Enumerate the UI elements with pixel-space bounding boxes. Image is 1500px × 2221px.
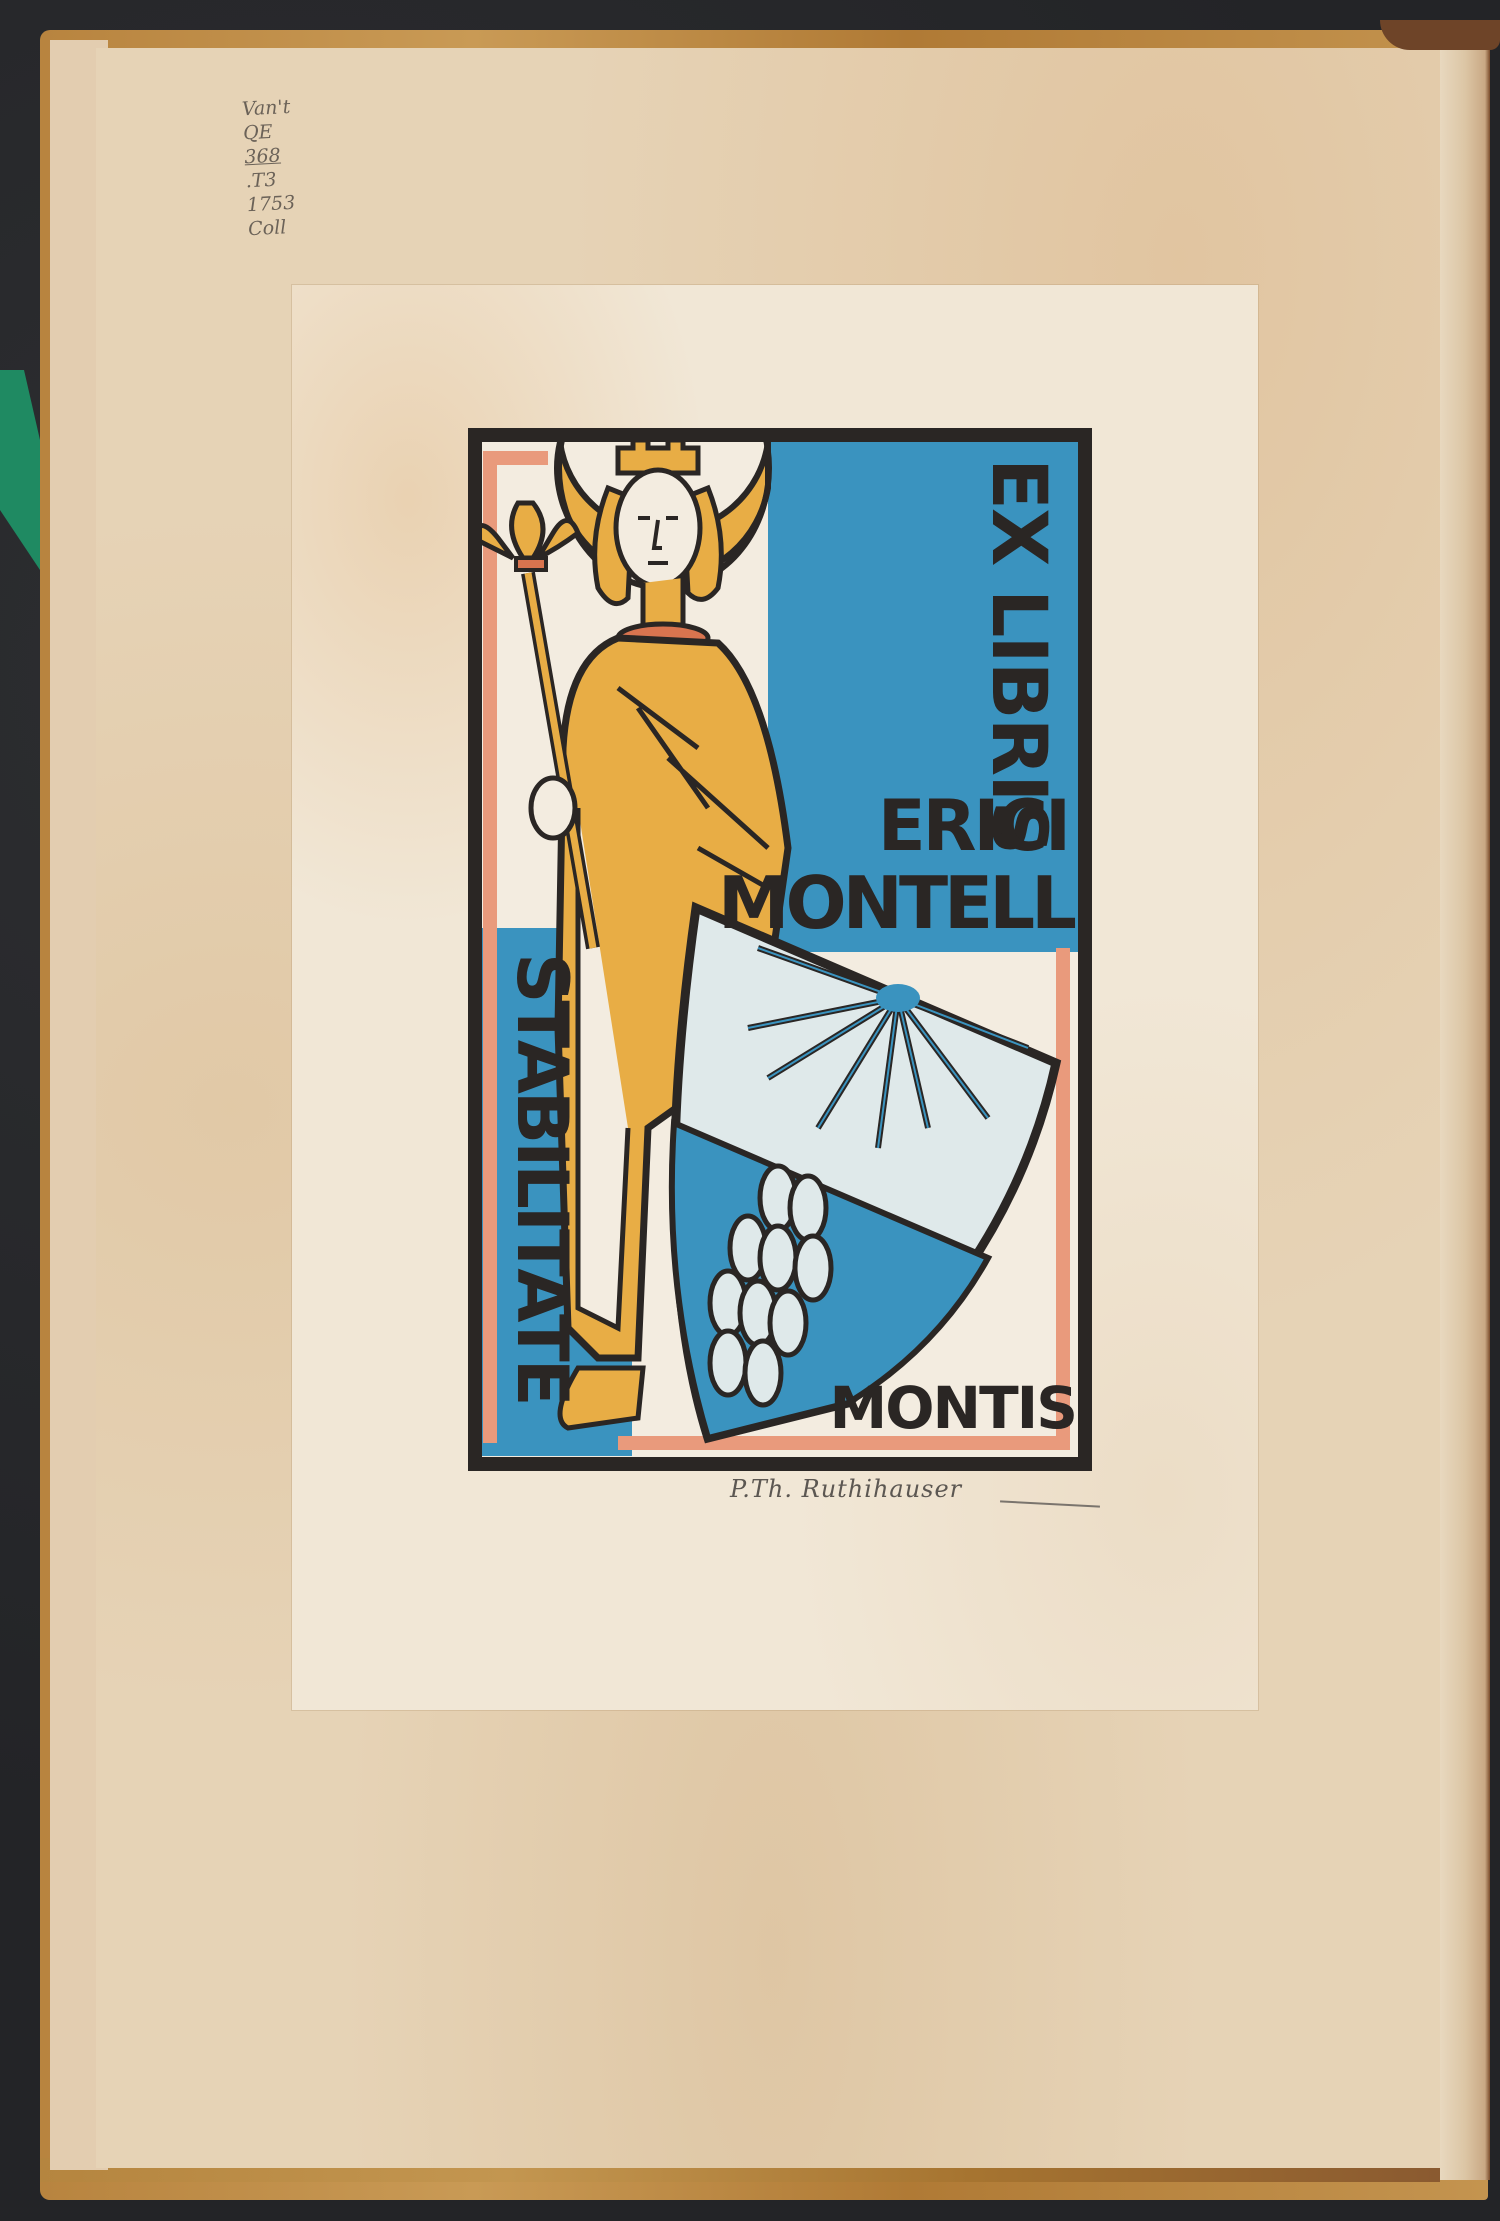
hinge-spine <box>1440 30 1490 2180</box>
bookplate-print: EX LIBRIS ERICI MONTELL STABILITATE MONT… <box>468 428 1092 1471</box>
spine-damage <box>1380 20 1500 50</box>
erici-text: ERICI <box>878 785 1068 867</box>
pencil-shelfmark: Van't QE 368 .T3 1753 Coll <box>241 93 338 242</box>
artist-signature: P.Th. Ruthihauser <box>730 1475 1110 1515</box>
stabilitate-text: STABILITATE <box>501 953 583 1404</box>
montell-text: MONTELL <box>718 861 1075 945</box>
shelfmark-line: Coll <box>248 213 339 242</box>
montis-text: MONTIS <box>830 1374 1076 1442</box>
